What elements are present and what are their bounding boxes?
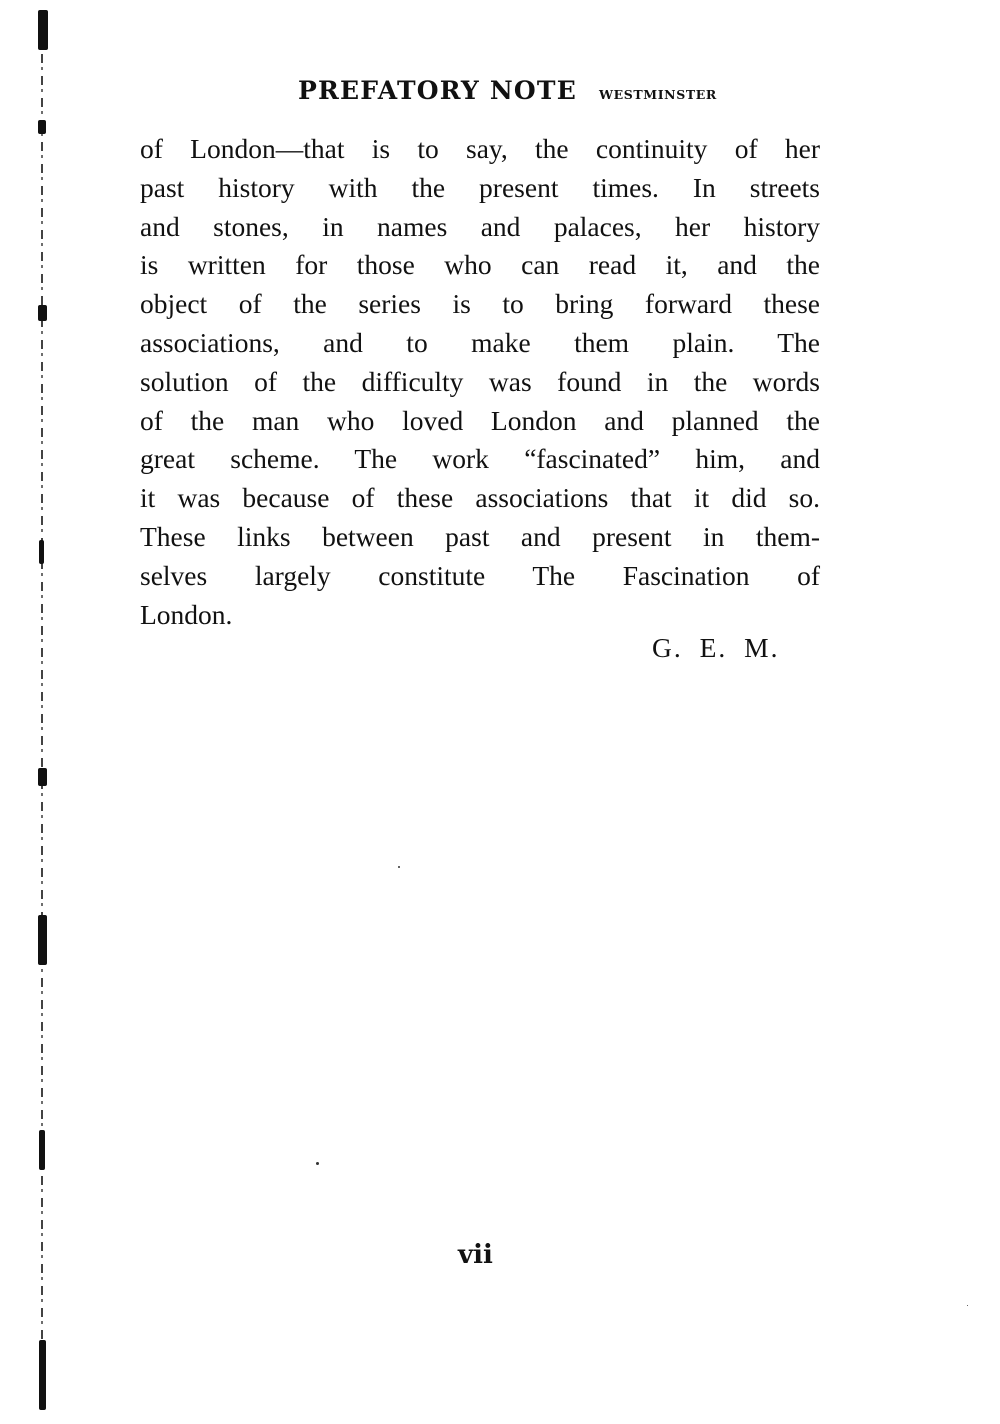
- scan-speck: [398, 866, 400, 868]
- text-line: These links between past and present in …: [140, 518, 820, 557]
- text-line: selves largely constitute The Fascinatio…: [140, 557, 820, 596]
- text-line: great scheme. The work “fascinated” him,…: [140, 440, 820, 479]
- text-line: past history with the present times. In …: [140, 169, 820, 208]
- gutter-blot: [38, 10, 48, 50]
- running-head-section: WESTMINSTER: [599, 87, 717, 102]
- binding-gutter-scan-artifact: [36, 0, 50, 1424]
- text-line: it was because of these associations tha…: [140, 479, 820, 518]
- gutter-blot: [39, 540, 44, 564]
- running-head-title: PREFATORY NOTE: [298, 76, 577, 105]
- gutter-blot: [38, 120, 46, 134]
- gutter-blot: [39, 1130, 45, 1170]
- author-signature: G. E. M.: [652, 632, 780, 664]
- text-line: solution of the difficulty was found in …: [140, 363, 820, 402]
- page-number: vii: [458, 1240, 493, 1270]
- text-line: and stones, in names and palaces, her hi…: [140, 208, 820, 247]
- gutter-line: [41, 10, 43, 1410]
- text-line: London.: [140, 596, 820, 635]
- scan-speck: [967, 1305, 968, 1306]
- gutter-blot: [39, 1340, 46, 1410]
- scan-speck: [316, 1162, 319, 1165]
- running-head: PREFATORY NOTE WESTMINSTER: [298, 76, 822, 110]
- gutter-blot: [38, 305, 47, 321]
- text-line: is written for those who can read it, an…: [140, 246, 820, 285]
- text-line: associations, and to make them plain. Th…: [140, 324, 820, 363]
- text-line: of the man who loved London and planned …: [140, 402, 820, 441]
- text-line: object of the series is to bring forward…: [140, 285, 820, 324]
- body-paragraph: of London—that is to say, the continuity…: [140, 130, 820, 634]
- gutter-blot: [38, 768, 47, 786]
- text-line: of London—that is to say, the continuity…: [140, 130, 820, 169]
- gutter-blot: [38, 915, 47, 965]
